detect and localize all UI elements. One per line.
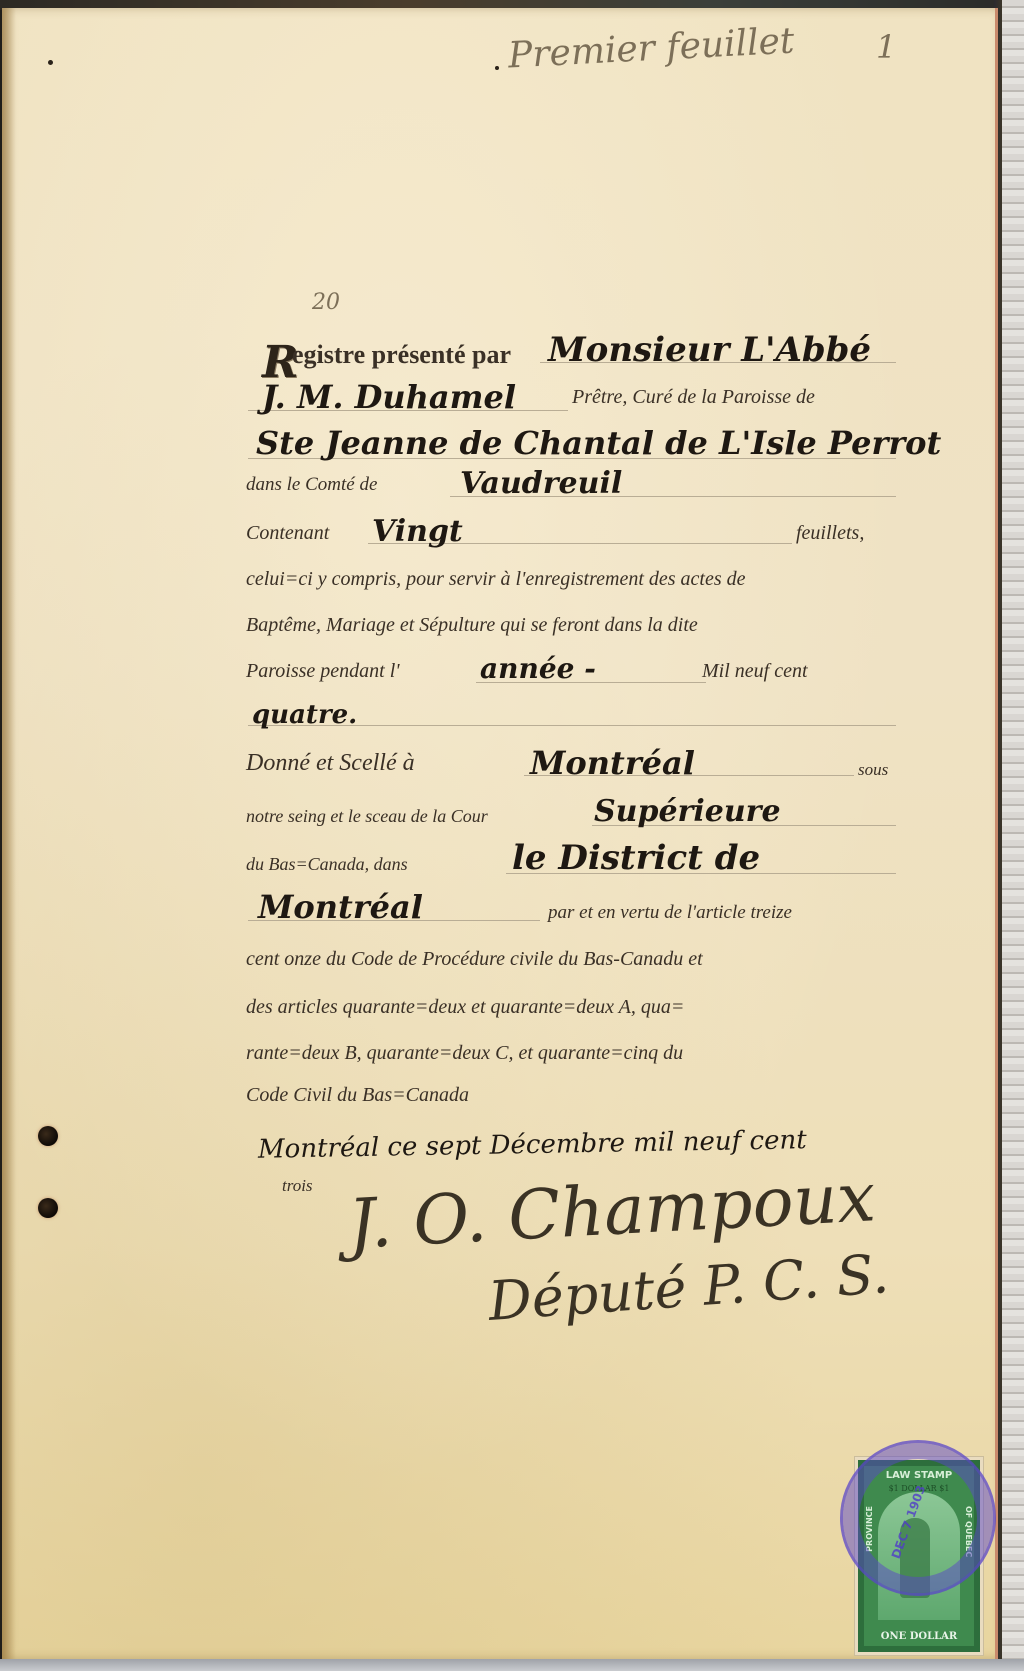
handwritten-text: Vingt <box>372 514 463 549</box>
printed-text: celui=ci y compris, pour servir à l'enre… <box>246 568 746 591</box>
stamp-bottom-label: ONE DOLLAR <box>864 1631 974 1642</box>
ink-speck <box>495 66 499 70</box>
handwritten-text: le District de <box>512 838 760 878</box>
printed-text: cent onze du Code de Procédure civile du… <box>246 948 703 971</box>
handwritten-text: Montréal <box>258 888 423 926</box>
handwritten-text: année - <box>480 652 596 685</box>
printed-text: par et en vertu de l'article treize <box>548 902 792 924</box>
printed-text: Prêtre, Curé de la Paroisse de <box>572 386 815 409</box>
handwritten-text: Supérieure <box>594 794 781 829</box>
folio-number: 1 <box>876 28 896 66</box>
binding-hole <box>38 1126 58 1146</box>
printed-text: Code Civil du Bas=Canada <box>246 1084 469 1107</box>
printed-text: dans le Comté de <box>246 474 377 496</box>
handwritten-text: Monsieur L'Abbé <box>548 330 871 370</box>
date-line-continuation: trois <box>282 1176 313 1196</box>
printed-text: egistre présenté par <box>292 340 511 370</box>
printed-text: Baptême, Mariage et Sépulture qui se fer… <box>246 614 698 637</box>
printed-text: du Bas=Canada, dans <box>246 854 408 875</box>
printed-text: des articles quarante=deux et quarante=d… <box>246 996 684 1019</box>
handwritten-text: quatre. <box>252 700 357 730</box>
printed-text: Mil neuf cent <box>702 660 808 683</box>
printed-text: Paroisse pendant l' <box>246 660 400 683</box>
printed-text: sous <box>858 760 888 780</box>
printed-text: rante=deux B, quarante=deux C, et quaran… <box>246 1042 683 1065</box>
register-page <box>2 8 998 1659</box>
ink-speck <box>48 60 53 65</box>
book-binding-edge <box>994 0 1024 1671</box>
binding-hole <box>38 1198 58 1218</box>
handwritten-text: Vaudreuil <box>460 466 622 501</box>
handwritten-text: J. M. Duhamel <box>262 378 516 416</box>
pencil-number: 20 <box>312 290 340 315</box>
printed-text: Donné et Scellé à <box>246 750 415 777</box>
book-bottom-edge <box>0 1659 1024 1671</box>
printed-text: feuillets, <box>796 522 864 545</box>
cancellation-postmark <box>840 1440 996 1596</box>
printed-text: Contenant <box>246 522 329 545</box>
printed-text: notre seing et le sceau de la Cour <box>246 806 488 827</box>
handwritten-text: Montréal <box>530 744 695 782</box>
handwritten-text: Ste Jeanne de Chantal de L'Isle Perrot <box>256 424 941 462</box>
